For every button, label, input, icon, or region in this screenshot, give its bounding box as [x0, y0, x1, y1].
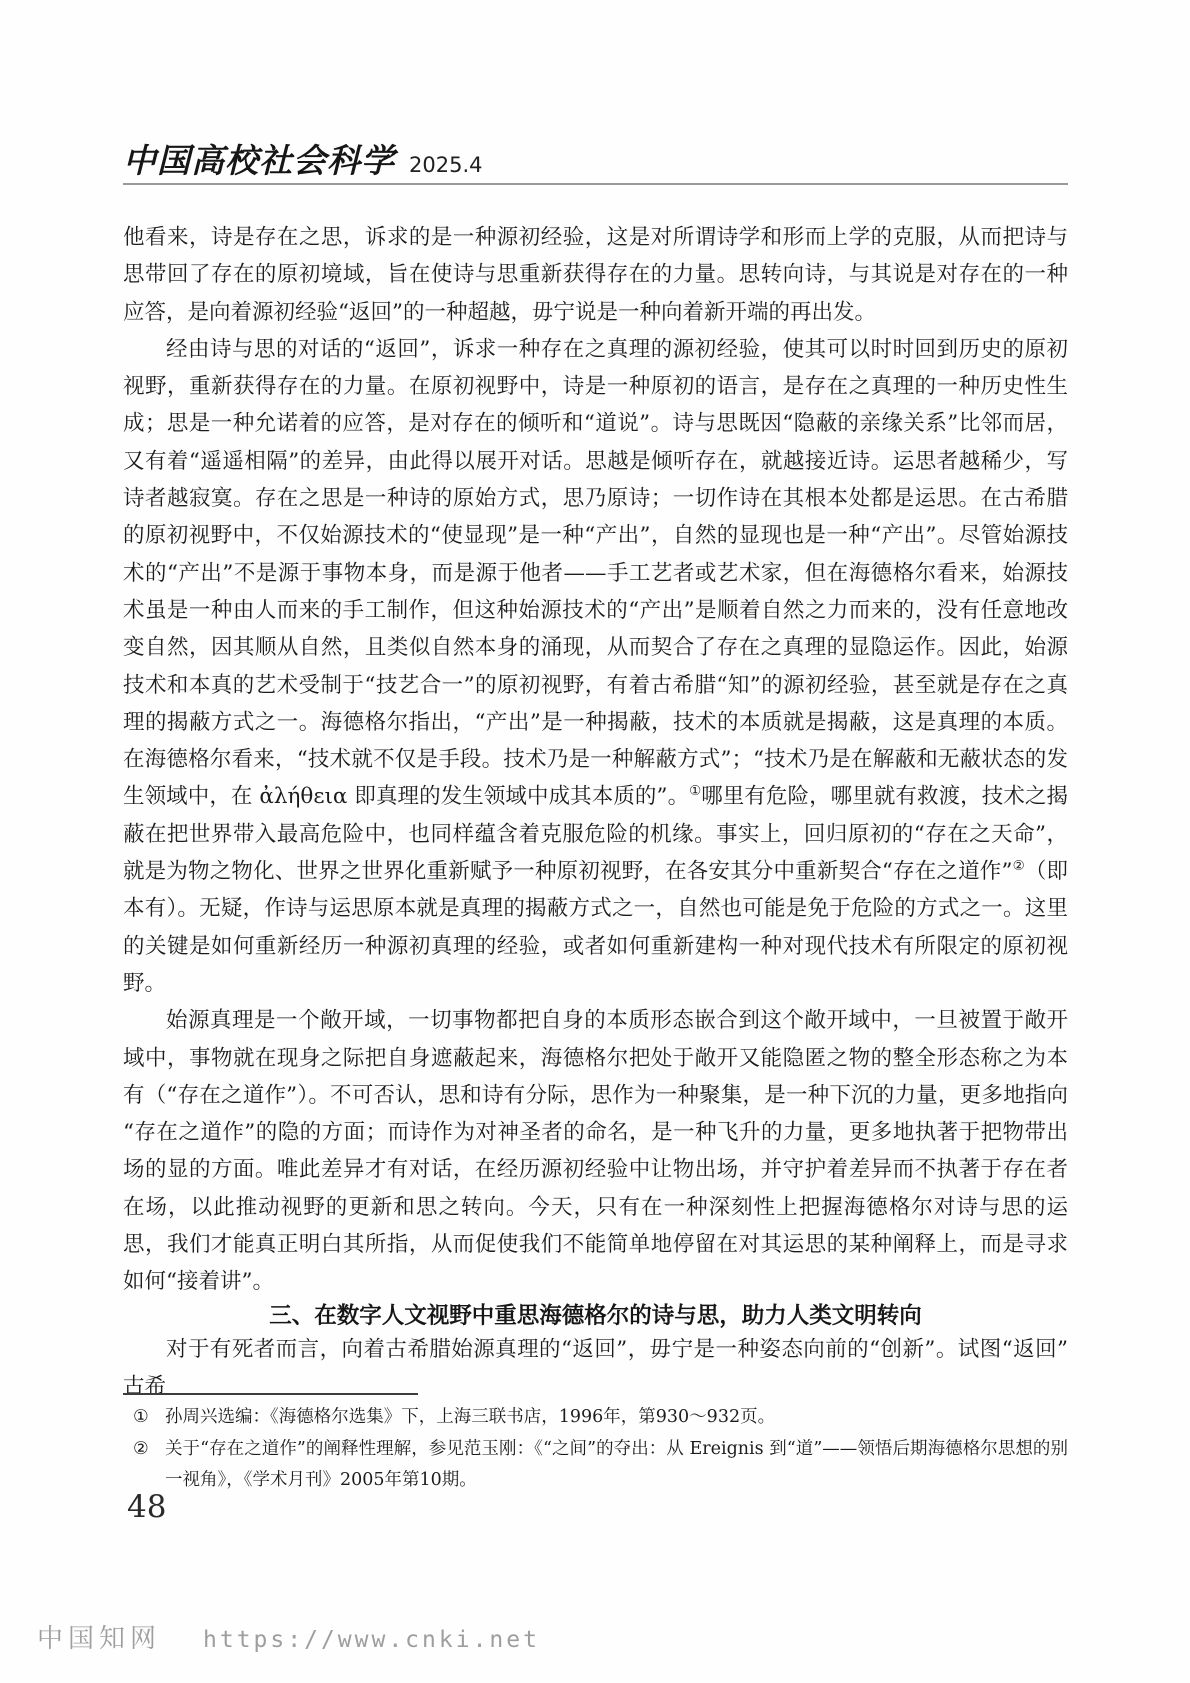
- article-body: 他看来，诗是存在之思，诉求的是一种源初经验，这是对所谓诗学和形而上学的克服，从而…: [123, 219, 1068, 1405]
- footnote-text: 孙周兴选编：《海德格尔选集》下，上海三联书店，1996年，第930～932页。: [165, 1402, 1068, 1434]
- journal-page: 中国高校社会科学 2025.4 他看来，诗是存在之思，诉求的是一种源初经验，这是…: [0, 0, 1190, 1683]
- journal-name: 中国高校社会科学: [123, 144, 395, 177]
- page-number: 48: [127, 1489, 166, 1525]
- footnote-separator: [123, 1393, 418, 1395]
- cnki-site-name: 中国知网: [37, 1618, 161, 1655]
- footnotes-block: ① 孙周兴选编：《海德格尔选集》下，上海三联书店，1996年，第930～932页…: [123, 1393, 1068, 1497]
- section-heading: 三、在数字人文视野中重思海德格尔的诗与思，助力人类文明转向: [123, 1301, 1068, 1331]
- body-paragraph-continued: 他看来，诗是存在之思，诉求的是一种源初经验，这是对所谓诗学和形而上学的克服，从而…: [123, 219, 1068, 331]
- issue-number: 2025.4: [409, 155, 482, 177]
- footnote-text: 关于“存在之道作”的阐释性理解，参见范玉刚：《“之间”的夺出：从 Ereigni…: [165, 1434, 1068, 1497]
- body-paragraph: 始源真理是一个敞开域，一切事物都把自身的本质形态嵌合到这个敞开域中，一旦被置于敞…: [123, 1002, 1068, 1300]
- footnote-marker: ②: [133, 1434, 165, 1497]
- footnote-item: ① 孙周兴选编：《海德格尔选集》下，上海三联书店，1996年，第930～932页…: [123, 1402, 1068, 1434]
- cnki-url: https://www.cnki.net: [203, 1627, 540, 1653]
- footnote-marker: ①: [133, 1402, 165, 1434]
- cnki-watermark: 中国知网 https://www.cnki.net: [37, 1618, 540, 1655]
- body-paragraph: 经由诗与思的对话的“返回”，诉求一种存在之真理的源初经验，使其可以时时回到历史的…: [123, 331, 1068, 1002]
- page-header: 中国高校社会科学 2025.4: [123, 144, 1068, 185]
- footnote-item: ② 关于“存在之道作”的阐释性理解，参见范玉刚：《“之间”的夺出：从 Ereig…: [123, 1434, 1068, 1497]
